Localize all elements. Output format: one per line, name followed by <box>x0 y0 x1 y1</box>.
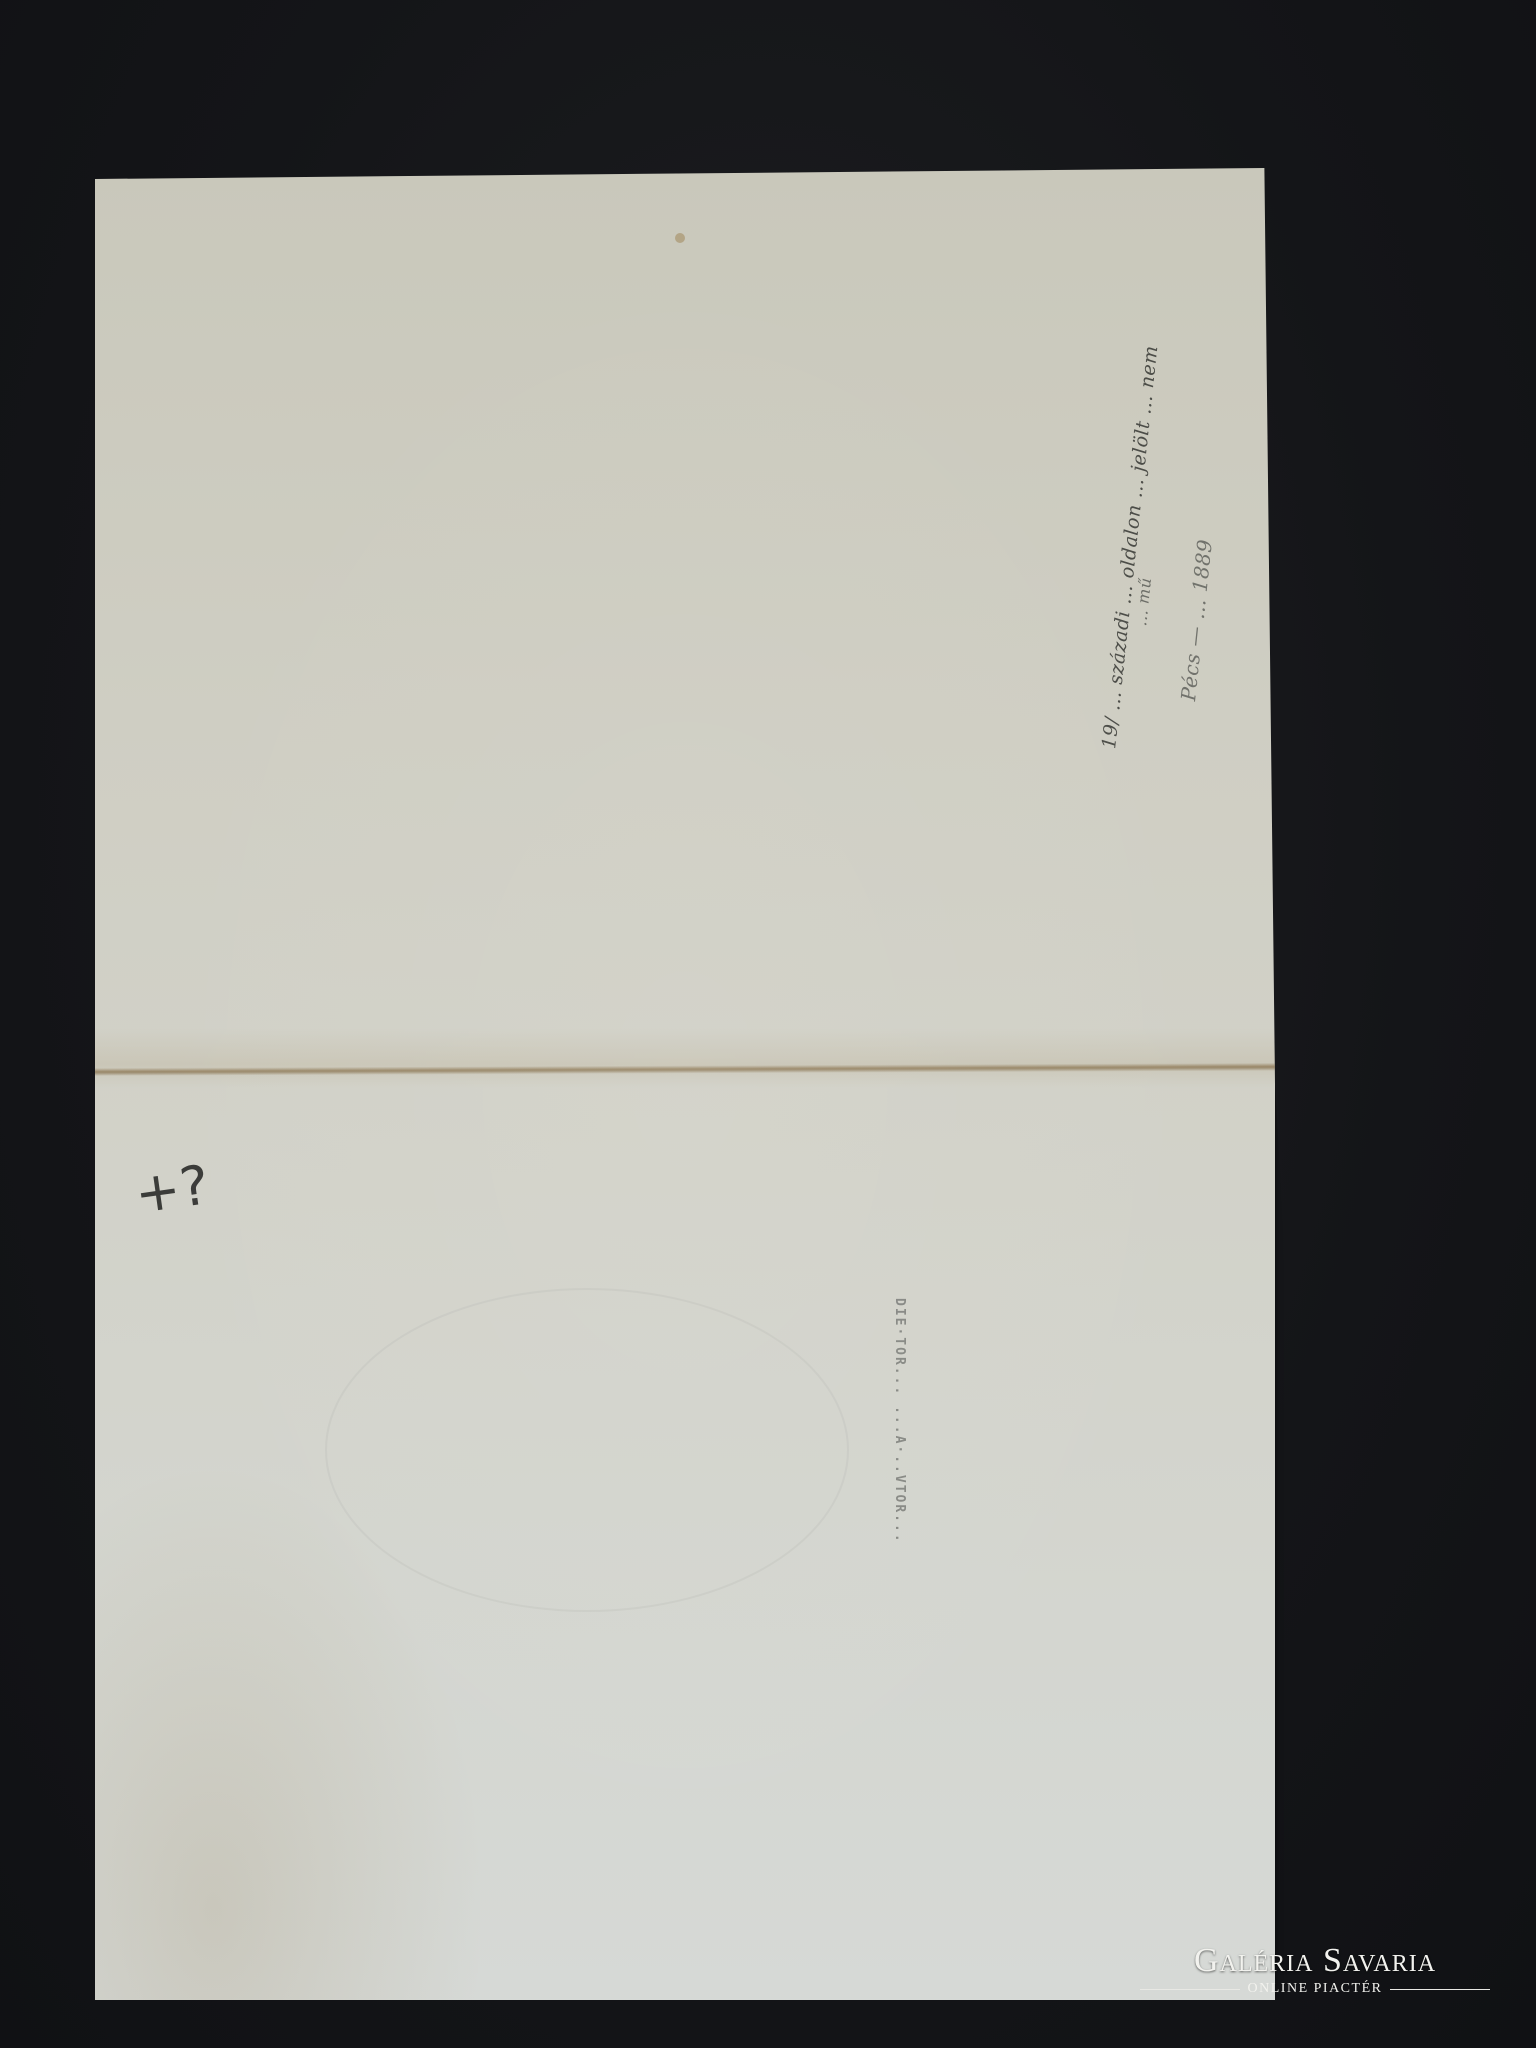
annotation-line-1: 19/ ... századi ... oldalon ... jelölt .… <box>1098 344 1162 750</box>
watermark-rule-left <box>1140 1989 1240 1990</box>
pencil-annotation: 19/ ... századi ... oldalon ... jelölt .… <box>1050 208 1310 768</box>
paper-stain <box>675 233 685 243</box>
fold-shadow <box>95 1028 1295 1088</box>
typed-stamp: DIE·TOR... ...A·..VTOR... <box>892 1298 907 1544</box>
annotation-line-3: Pécs — ... 1889 <box>1176 538 1217 702</box>
annotation-line-2: ... mű <box>1131 576 1155 627</box>
watermark-title: Galéria Savaria <box>1140 1944 1490 1978</box>
watermark-subtitle: ONLINE PIACTÉR <box>1248 1981 1383 1997</box>
document-sheet: 19/ ... századi ... oldalon ... jelölt .… <box>95 168 1275 2000</box>
pencil-cross-mark: +? <box>131 1153 213 1226</box>
watermark-rule-right <box>1390 1989 1490 1990</box>
site-watermark: Galéria Savaria ONLINE PIACTÉR <box>1140 1944 1490 1997</box>
watermark-subtitle-row: ONLINE PIACTÉR <box>1140 1981 1490 1997</box>
show-through-seal <box>325 1288 849 1612</box>
